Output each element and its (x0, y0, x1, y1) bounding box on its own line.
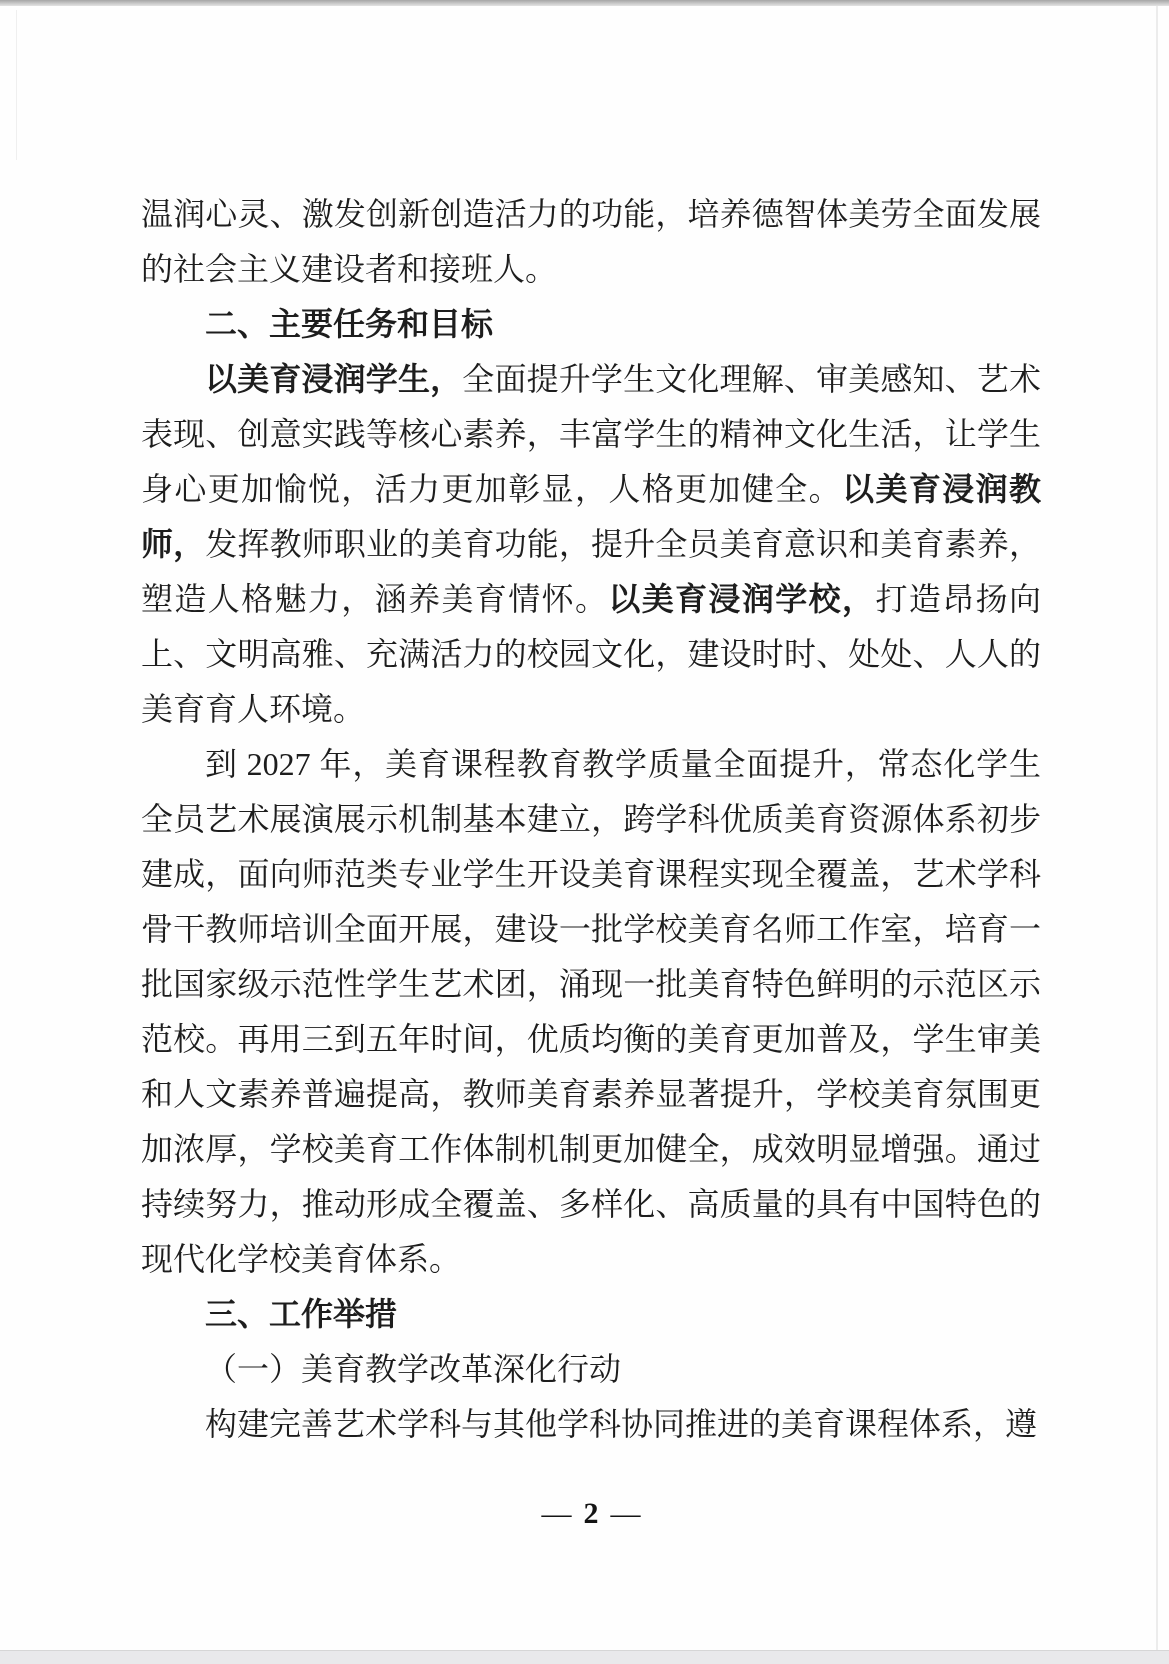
para-continued-from-previous-page: 温润心灵、激发创新创造活力的功能，培养德智体美劳全面发展的社会主义建设者和接班人… (141, 187, 1041, 297)
text-run: 到 2027 年，美育课程教育教学质量全面提升，常态化学生全员艺术展演展示机制基… (141, 746, 1041, 1277)
bold-text-run: 以美育浸润学生， (205, 361, 462, 397)
photo-bottom-edge (0, 1650, 1169, 1664)
bold-text-run: 二、主要任务和目标 (205, 306, 493, 342)
bold-text-run: 三、工作举措 (205, 1296, 397, 1332)
para-main-tasks: 以美育浸润学生，全面提升学生文化理解、审美感知、艺术表现、创意实践等核心素养，丰… (141, 352, 1041, 737)
para-action-one-opening: 构建完善艺术学科与其他学科协同推进的美育课程体系，遵 (141, 1397, 1041, 1452)
page-right-edge (1156, 6, 1158, 1651)
page-number-dash-right: — (611, 1497, 641, 1530)
heading-section-three: 三、工作举措 (141, 1287, 1041, 1342)
text-run: （一）美育教学改革深化行动 (205, 1351, 621, 1387)
subheading-action-one: （一）美育教学改革深化行动 (141, 1342, 1041, 1397)
bold-text-run: 以美育浸润学校， (608, 581, 875, 617)
page-footer: —2— (141, 1496, 1041, 1532)
text-run: 温润心灵、激发创新创造活力的功能，培养德智体美劳全面发展的社会主义建设者和接班人… (141, 196, 1041, 287)
document-page: 温润心灵、激发创新创造活力的功能，培养德智体美劳全面发展的社会主义建设者和接班人… (0, 0, 1169, 1664)
page-left-edge (16, 10, 17, 160)
photo-top-edge (0, 0, 1169, 6)
heading-section-two: 二、主要任务和目标 (141, 297, 1041, 352)
page-number: 2 (584, 1497, 599, 1530)
document-body: 温润心灵、激发创新创造活力的功能，培养德智体美劳全面发展的社会主义建设者和接班人… (141, 187, 1041, 1452)
para-2027-goals: 到 2027 年，美育课程教育教学质量全面提升，常态化学生全员艺术展演展示机制基… (141, 737, 1041, 1287)
page-number-dash-left: — (542, 1497, 572, 1530)
text-run: 构建完善艺术学科与其他学科协同推进的美育课程体系，遵 (205, 1406, 1037, 1442)
